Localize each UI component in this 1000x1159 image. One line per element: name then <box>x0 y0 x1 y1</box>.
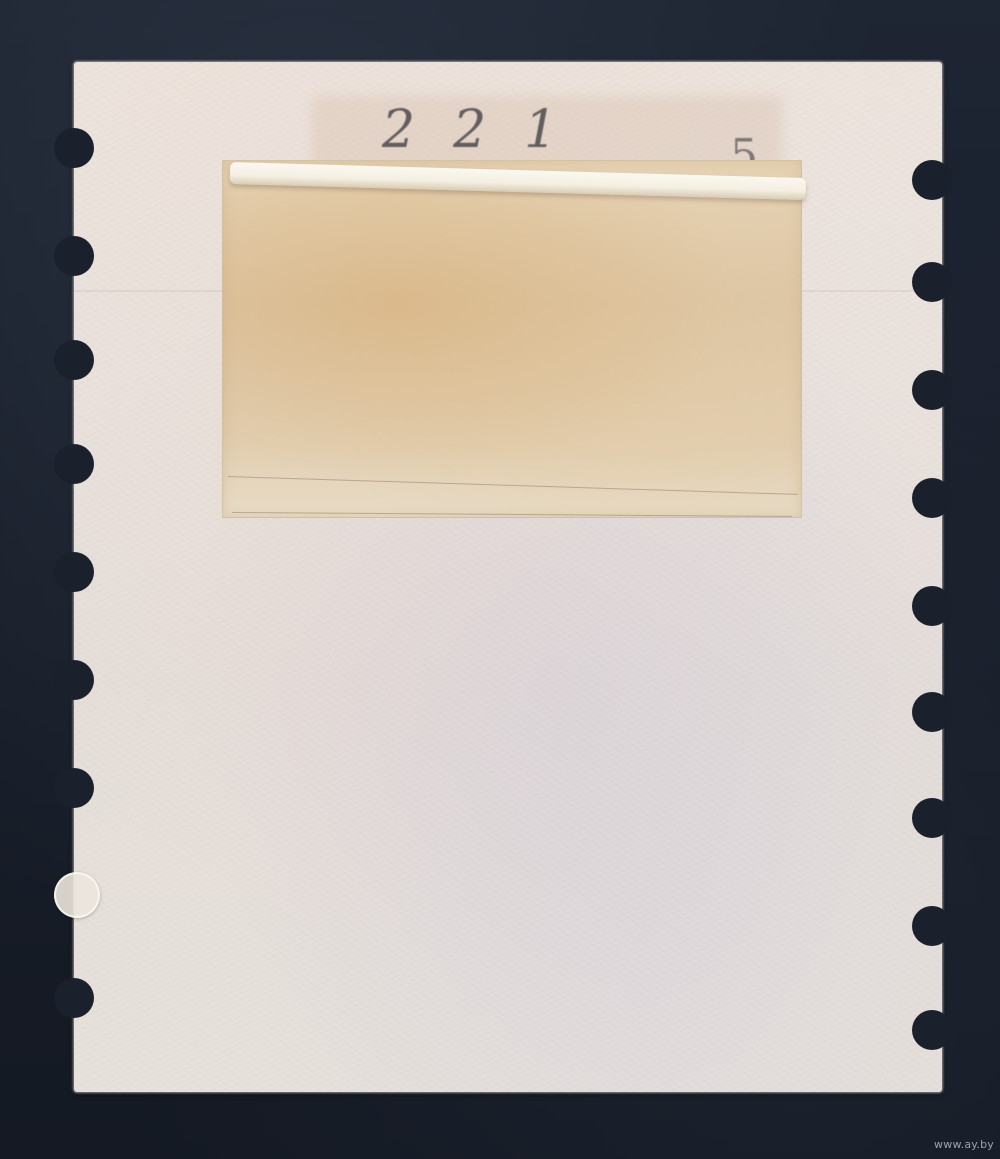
perforation-hole <box>54 552 94 592</box>
perforation-hole <box>54 340 94 380</box>
perforation-hole <box>912 370 952 410</box>
perforation-hole <box>912 262 952 302</box>
stamp-hinge <box>222 160 802 518</box>
watermark-text: www.ay.by <box>934 1138 994 1151</box>
perforation-hole <box>54 978 94 1018</box>
perforation-hole <box>54 128 94 168</box>
perforation-hole <box>912 1010 952 1050</box>
perforation-hole <box>54 444 94 484</box>
perforation-hole <box>912 906 952 946</box>
photo-scene: 221 5 www.ay.by <box>0 0 1000 1159</box>
paper-bubble <box>54 872 100 918</box>
perforation-hole <box>54 236 94 276</box>
perforation-hole <box>54 660 94 700</box>
perforation-hole <box>912 692 952 732</box>
perforation-hole <box>912 798 952 838</box>
perforation-hole <box>912 478 952 518</box>
perforation-hole <box>54 768 94 808</box>
perforation-hole <box>912 160 952 200</box>
perforation-hole <box>912 586 952 626</box>
